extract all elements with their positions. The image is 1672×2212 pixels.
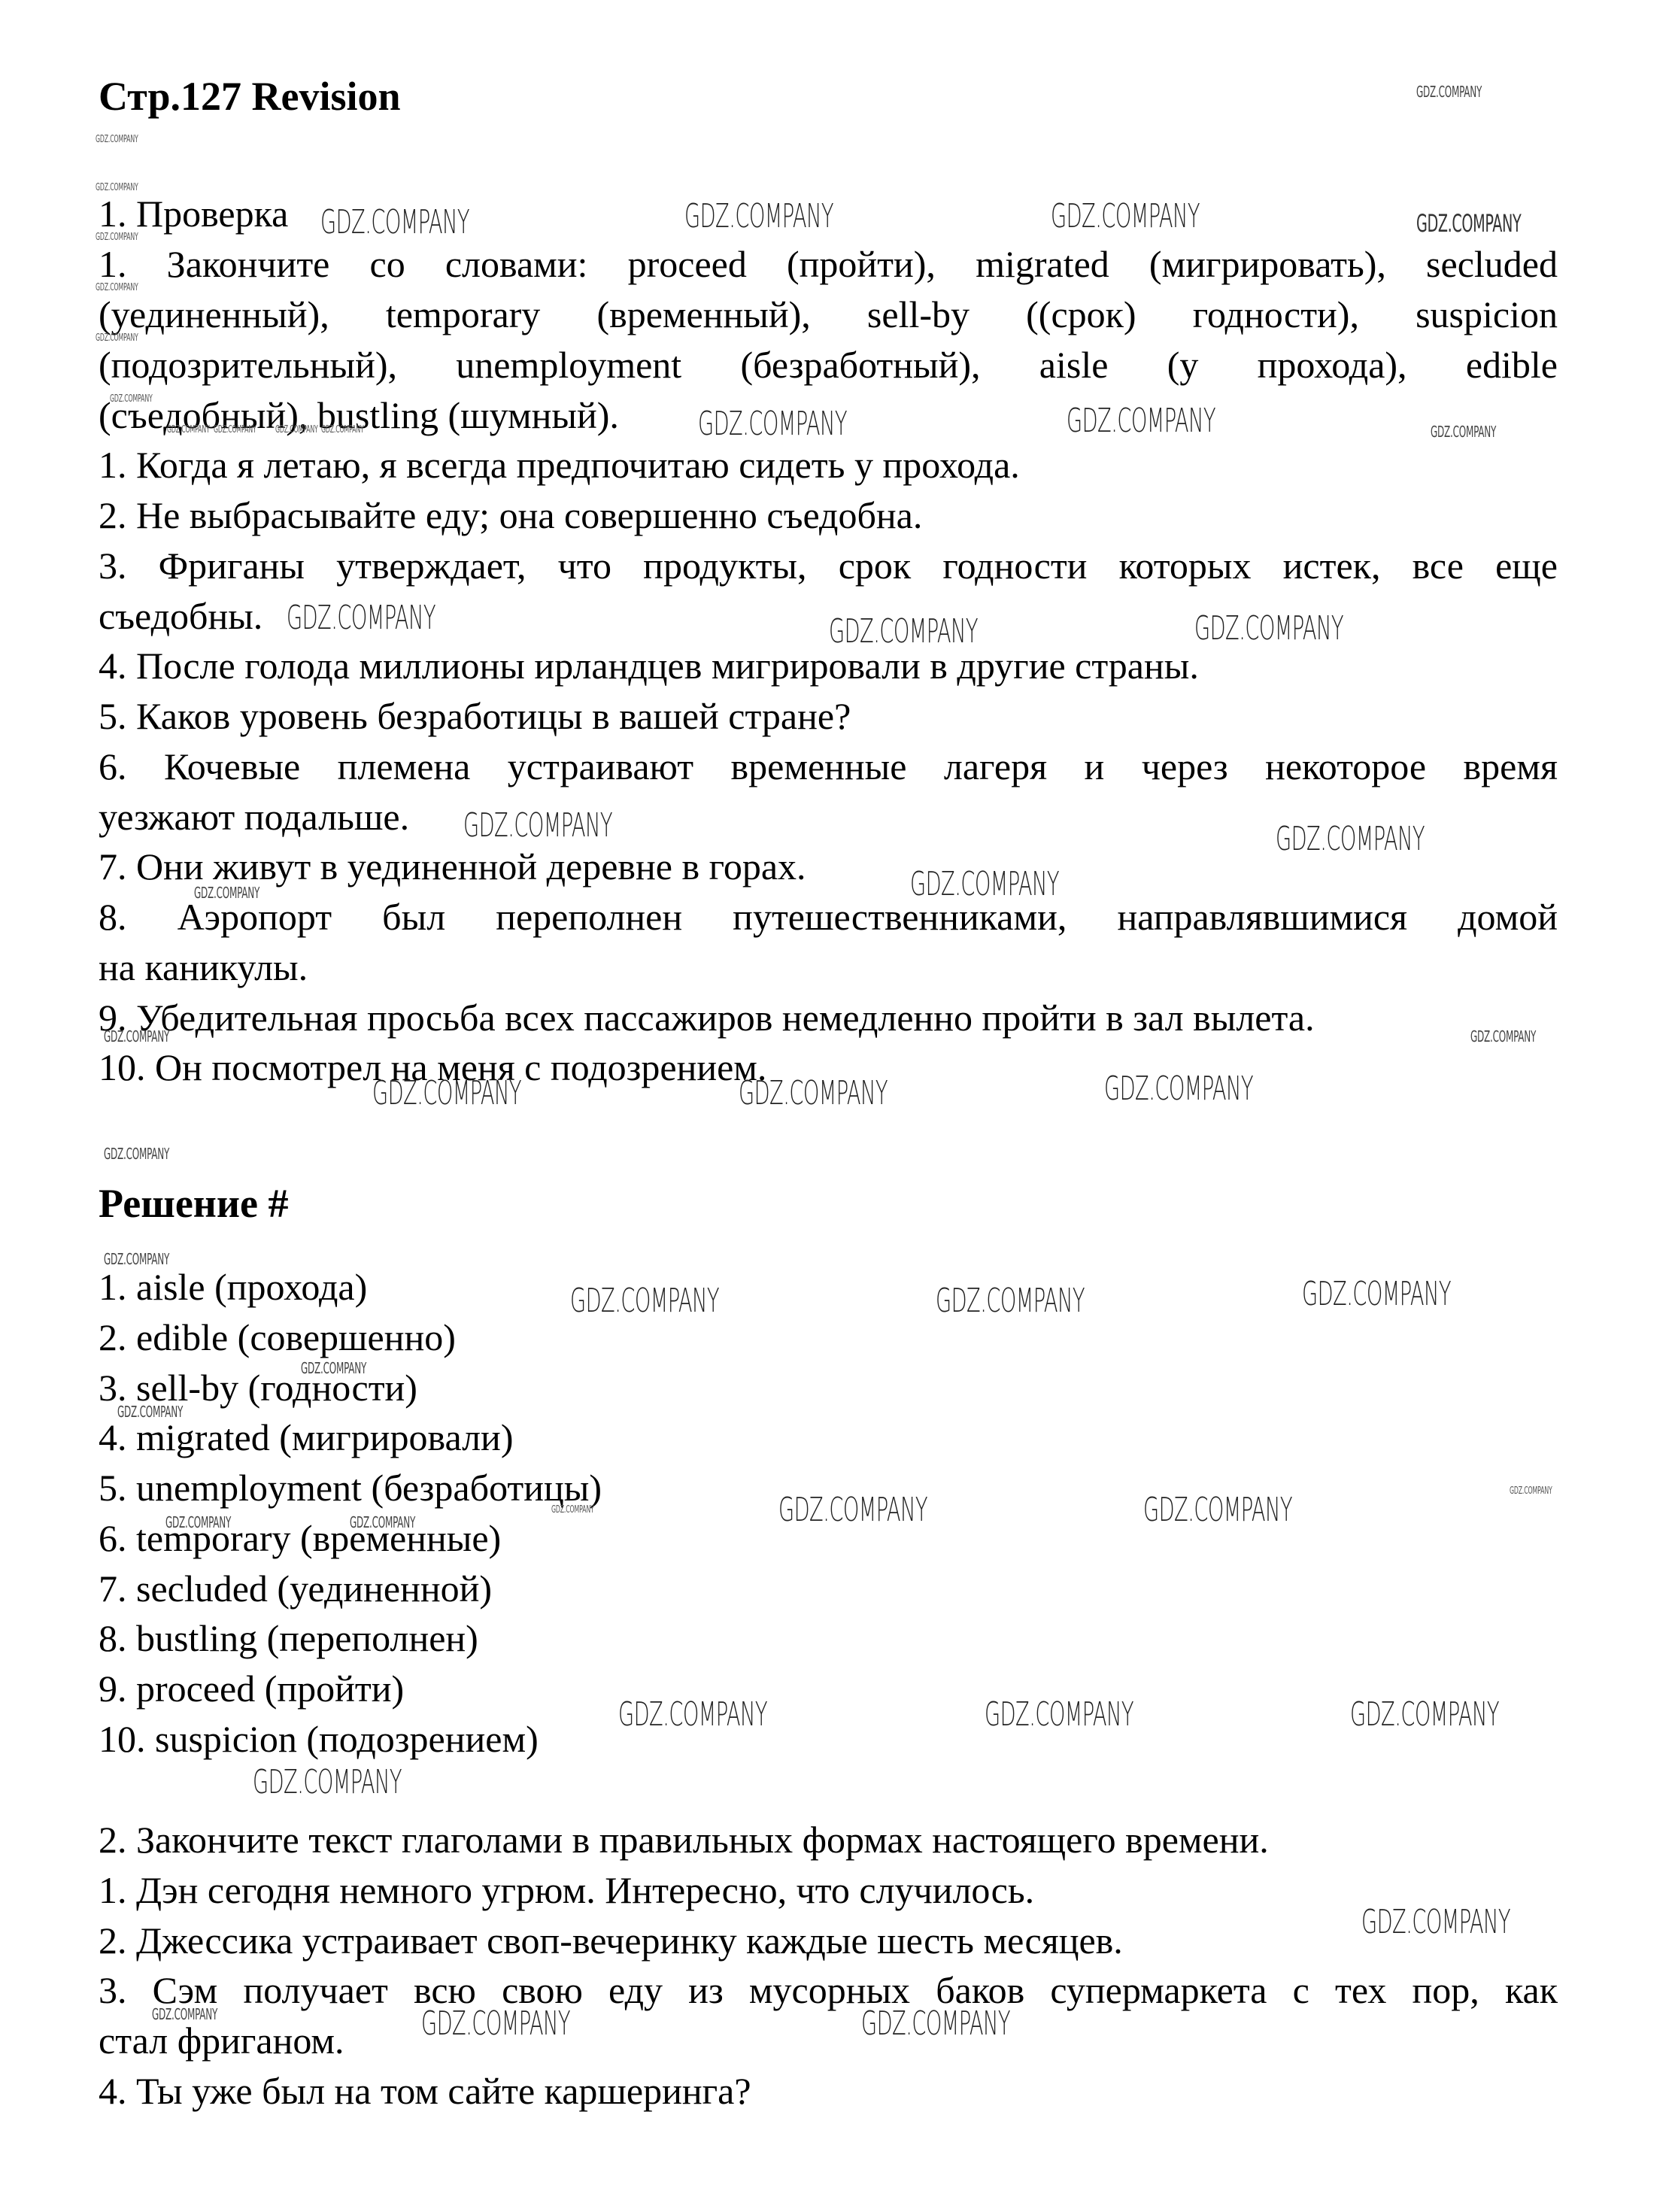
watermark: GDZ.COMPANY: [287, 599, 435, 637]
sentence: 1. Когда я летаю, я всегда предпочитаю с…: [99, 442, 1558, 487]
watermark: GDZ.COMPANY: [698, 405, 847, 443]
sentence: на каникулы.: [99, 945, 1558, 990]
watermark: GDZ.COMPANY: [117, 1403, 183, 1421]
watermark: GDZ.COMPANY: [829, 612, 978, 651]
watermark: GDZ.COMPANY: [104, 1250, 169, 1268]
watermark: GDZ.COMPANY: [96, 134, 138, 145]
sentence: 1. Дэн сегодня немного угрюм. Интересно,…: [99, 1868, 1558, 1913]
sentence: 6. Кочевые племена устраивают временные …: [99, 744, 1558, 789]
answer-item: 4. migrated (мигрировали): [99, 1415, 1558, 1460]
watermark: GDZ.COMPANY: [253, 1763, 402, 1801]
watermark: GDZ.COMPANY: [778, 1491, 927, 1529]
watermark: GDZ.COMPANY: [618, 1695, 767, 1734]
sentence: 2. Джессика устраивает своп-вечеринку ка…: [99, 1918, 1558, 1963]
sentence: 3. Фриганы утверждает, что продукты, сро…: [99, 543, 1558, 588]
sentence: 4. Ты уже был на том сайте каршеринга?: [99, 2068, 1558, 2113]
sentence: 2. Не выбрасывайте еду; она совершенно с…: [99, 493, 1558, 538]
watermark: GDZ.COMPANY: [321, 424, 364, 435]
watermark: GDZ.COMPANY: [1276, 820, 1425, 858]
watermark: GDZ.COMPANY: [1194, 609, 1343, 648]
watermark: GDZ.COMPANY: [104, 1145, 169, 1163]
watermark: GDZ.COMPANY: [301, 1359, 366, 1377]
watermark: GDZ.COMPANY: [214, 424, 256, 435]
watermark: GDZ.COMPANY: [167, 424, 210, 435]
watermark: GDZ.COMPANY: [551, 1504, 594, 1516]
watermark: GDZ.COMPANY: [96, 182, 138, 193]
sentence: стал фриганом.: [99, 2018, 1558, 2063]
sentence: 5. Каков уровень безработицы в вашей стр…: [99, 693, 1558, 739]
watermark: GDZ.COMPANY: [96, 282, 138, 293]
watermark: GDZ.COMPANY: [684, 197, 833, 235]
watermark: GDZ.COMPANY: [1510, 1485, 1552, 1497]
watermark: GDZ.COMPANY: [152, 2005, 217, 2023]
sentence: 3. Сэм получает всю свою еду из мусорных…: [99, 1968, 1558, 2013]
watermark: GDZ.COMPANY: [463, 806, 612, 845]
watermark: GDZ.COMPANY: [96, 332, 138, 344]
watermark: GDZ.COMPANY: [1416, 209, 1521, 238]
watermark: GDZ.COMPANY: [1350, 1695, 1499, 1734]
watermark: GDZ.COMPANY: [96, 232, 138, 243]
watermark: GDZ.COMPANY: [1416, 83, 1482, 101]
watermark: GDZ.COMPANY: [320, 203, 469, 241]
watermark: GDZ.COMPANY: [570, 1282, 719, 1320]
watermark: GDZ.COMPANY: [1143, 1491, 1292, 1529]
watermark: GDZ.COMPANY: [110, 393, 153, 405]
watermark: GDZ.COMPANY: [1431, 423, 1496, 441]
watermark: GDZ.COMPANY: [1067, 402, 1215, 440]
document-page: Стр.127 Revision 1. Проверка 1. Закончит…: [0, 0, 1672, 2212]
watermark: GDZ.COMPANY: [861, 2004, 1010, 2043]
sentence: 9. Убедительная просьба всех пассажиров …: [99, 995, 1558, 1040]
sentence: 4. После голода миллионы ирландцев мигри…: [99, 643, 1558, 688]
watermark: GDZ.COMPANY: [910, 865, 1059, 903]
answer-item: 9. proceed (пройти): [99, 1666, 1558, 1711]
answer-item: 2. edible (совершенно): [99, 1315, 1558, 1360]
sentence: 8. Аэропорт был переполнен путешественни…: [99, 894, 1558, 939]
page-title: Стр.127 Revision: [99, 74, 1558, 119]
watermark: GDZ.COMPANY: [985, 1695, 1133, 1734]
section-heading-verbs: 2. Закончите текст глаголами в правильны…: [99, 1817, 1558, 1862]
watermark: GDZ.COMPANY: [350, 1513, 415, 1531]
answer-item: 7. secluded (уединенной): [99, 1566, 1558, 1611]
watermark: GDZ.COMPANY: [194, 884, 259, 902]
task-line: (уединенный), temporary (временный), sel…: [99, 292, 1558, 337]
watermark: GDZ.COMPANY: [1104, 1070, 1253, 1108]
watermark: GDZ.COMPANY: [739, 1074, 888, 1112]
answer-item: 8. bustling (переполнен): [99, 1616, 1558, 1661]
watermark: GDZ.COMPANY: [421, 2004, 570, 2043]
watermark: GDZ.COMPANY: [104, 1027, 169, 1045]
watermark: GDZ.COMPANY: [936, 1282, 1085, 1320]
watermark: GDZ.COMPANY: [372, 1074, 521, 1112]
task-line: 1. Закончите со словами: proceed (пройти…: [99, 241, 1558, 287]
solution-heading: Решение #: [99, 1181, 1558, 1226]
watermark: GDZ.COMPANY: [165, 1513, 231, 1531]
watermark: GDZ.COMPANY: [275, 424, 318, 435]
watermark: GDZ.COMPANY: [1302, 1275, 1451, 1313]
watermark: GDZ.COMPANY: [1051, 197, 1200, 235]
watermark: GDZ.COMPANY: [1470, 1027, 1536, 1045]
answer-item: 10. suspicion (подозрением): [99, 1716, 1558, 1761]
task-line: (подозрительный), unemployment (безработ…: [99, 342, 1558, 387]
watermark: GDZ.COMPANY: [1361, 1903, 1510, 1941]
